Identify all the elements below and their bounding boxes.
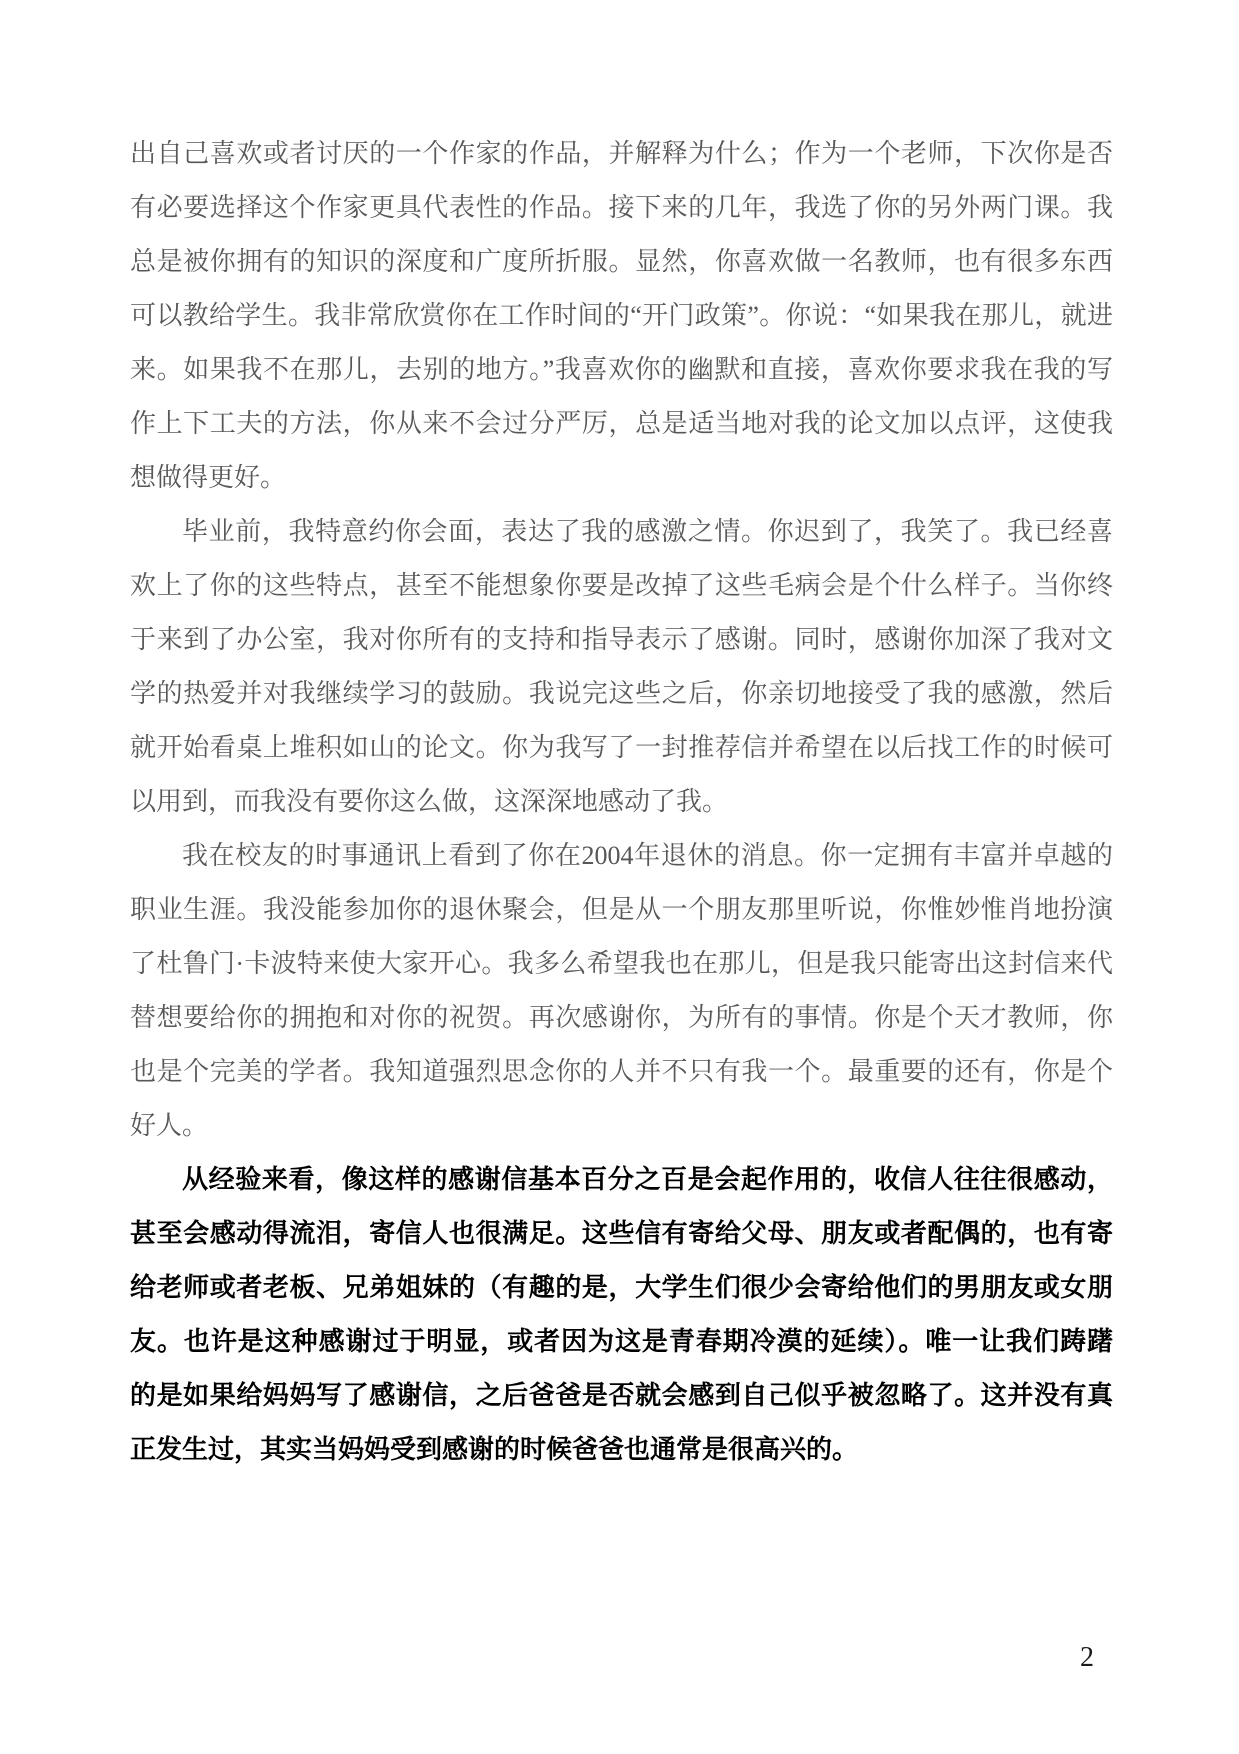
text-line: 给老师或者老板、兄弟姐妹的（有趣的是，大学生们很少会寄给他们的男朋友或女朋 [130, 1261, 1113, 1315]
text-line: 于来到了办公室，我对你所有的支持和指导表示了感谢。同时，感谢你加深了我对文 [130, 613, 1113, 667]
text-line: 总是被你拥有的知识的深度和广度所折服。显然，你喜欢做一名教师，也有很多东西 [130, 235, 1113, 289]
paragraph-1: 出自己喜欢或者讨厌的一个作家的作品，并解释为什么；作为一个老师，下次你是否 有必… [130, 127, 1113, 505]
text-line: 欢上了你的这些特点，甚至不能想象你要是改掉了这些毛病会是个什么样子。当你终 [130, 559, 1113, 613]
text-line: 可以教给学生。我非常欣赏你在工作时间的“开门政策”。你说：“如果我在那儿，就进 [130, 289, 1113, 343]
text-line: 甚至会感动得流泪，寄信人也很满足。这些信有寄给父母、朋友或者配偶的，也有寄 [130, 1207, 1113, 1261]
text-line: 作上下工夫的方法，你从来不会过分严厉，总是适当地对我的论文加以点评，这使我 [130, 397, 1113, 451]
text-line: 替想要给你的拥抱和对你的祝贺。再次感谢你，为所有的事情。你是个天才教师，你 [130, 991, 1113, 1045]
text-line: 友。也许是这种感谢过于明显，或者因为这是青春期冷漠的延续）。唯一让我们踌躇 [130, 1315, 1113, 1369]
paragraph-4-bold: 从经验来看，像这样的感谢信基本百分之百是会起作用的，收信人往往很感动， 甚至会感… [130, 1153, 1113, 1477]
text-line: 毕业前，我特意约你会面，表达了我的感激之情。你迟到了，我笑了。我已经喜 [130, 505, 1113, 559]
text-line: 就开始看桌上堆积如山的论文。你为我写了一封推荐信并希望在以后找工作的时候可 [130, 721, 1113, 775]
text-line: 想做得更好。 [130, 451, 1113, 505]
text-line: 好人。 [130, 1099, 1113, 1153]
text-line: 也是个完美的学者。我知道强烈思念你的人并不只有我一个。最重要的还有，你是个 [130, 1045, 1113, 1099]
text-line: 正发生过，其实当妈妈受到感谢的时候爸爸也通常是很高兴的。 [130, 1423, 1113, 1477]
text-line: 我在校友的时事通讯上看到了你在2004年退休的消息。你一定拥有丰富并卓越的 [130, 829, 1113, 883]
text-line: 的是如果给妈妈写了感谢信，之后爸爸是否就会感到自己似乎被忽略了。这并没有真 [130, 1369, 1113, 1423]
paragraph-2: 毕业前，我特意约你会面，表达了我的感激之情。你迟到了，我笑了。我已经喜 欢上了你… [130, 505, 1113, 829]
text-line: 出自己喜欢或者讨厌的一个作家的作品，并解释为什么；作为一个老师，下次你是否 [130, 127, 1113, 181]
paragraph-3: 我在校友的时事通讯上看到了你在2004年退休的消息。你一定拥有丰富并卓越的 职业… [130, 829, 1113, 1153]
text-line: 了杜鲁门·卡波特来使大家开心。我多么希望我也在那儿，但是我只能寄出这封信来代 [130, 937, 1113, 991]
document-page: 出自己喜欢或者讨厌的一个作家的作品，并解释为什么；作为一个老师，下次你是否 有必… [0, 0, 1239, 1754]
text-line: 从经验来看，像这样的感谢信基本百分之百是会起作用的，收信人往往很感动， [130, 1153, 1113, 1207]
text-line: 以用到，而我没有要你这么做，这深深地感动了我。 [130, 775, 1113, 829]
text-line: 职业生涯。我没能参加你的退休聚会，但是从一个朋友那里听说，你惟妙惟肖地扮演 [130, 883, 1113, 937]
text-line: 有必要选择这个作家更具代表性的作品。接下来的几年，我选了你的另外两门课。我 [130, 181, 1113, 235]
text-line: 学的热爱并对我继续学习的鼓励。我说完这些之后，你亲切地接受了我的感激，然后 [130, 667, 1113, 721]
text-line: 来。如果我不在那儿，去别的地方。”我喜欢你的幽默和直接，喜欢你要求我在我的写 [130, 343, 1113, 397]
page-number: 2 [1062, 1642, 1112, 1674]
body-text: 出自己喜欢或者讨厌的一个作家的作品，并解释为什么；作为一个老师，下次你是否 有必… [130, 127, 1113, 1477]
